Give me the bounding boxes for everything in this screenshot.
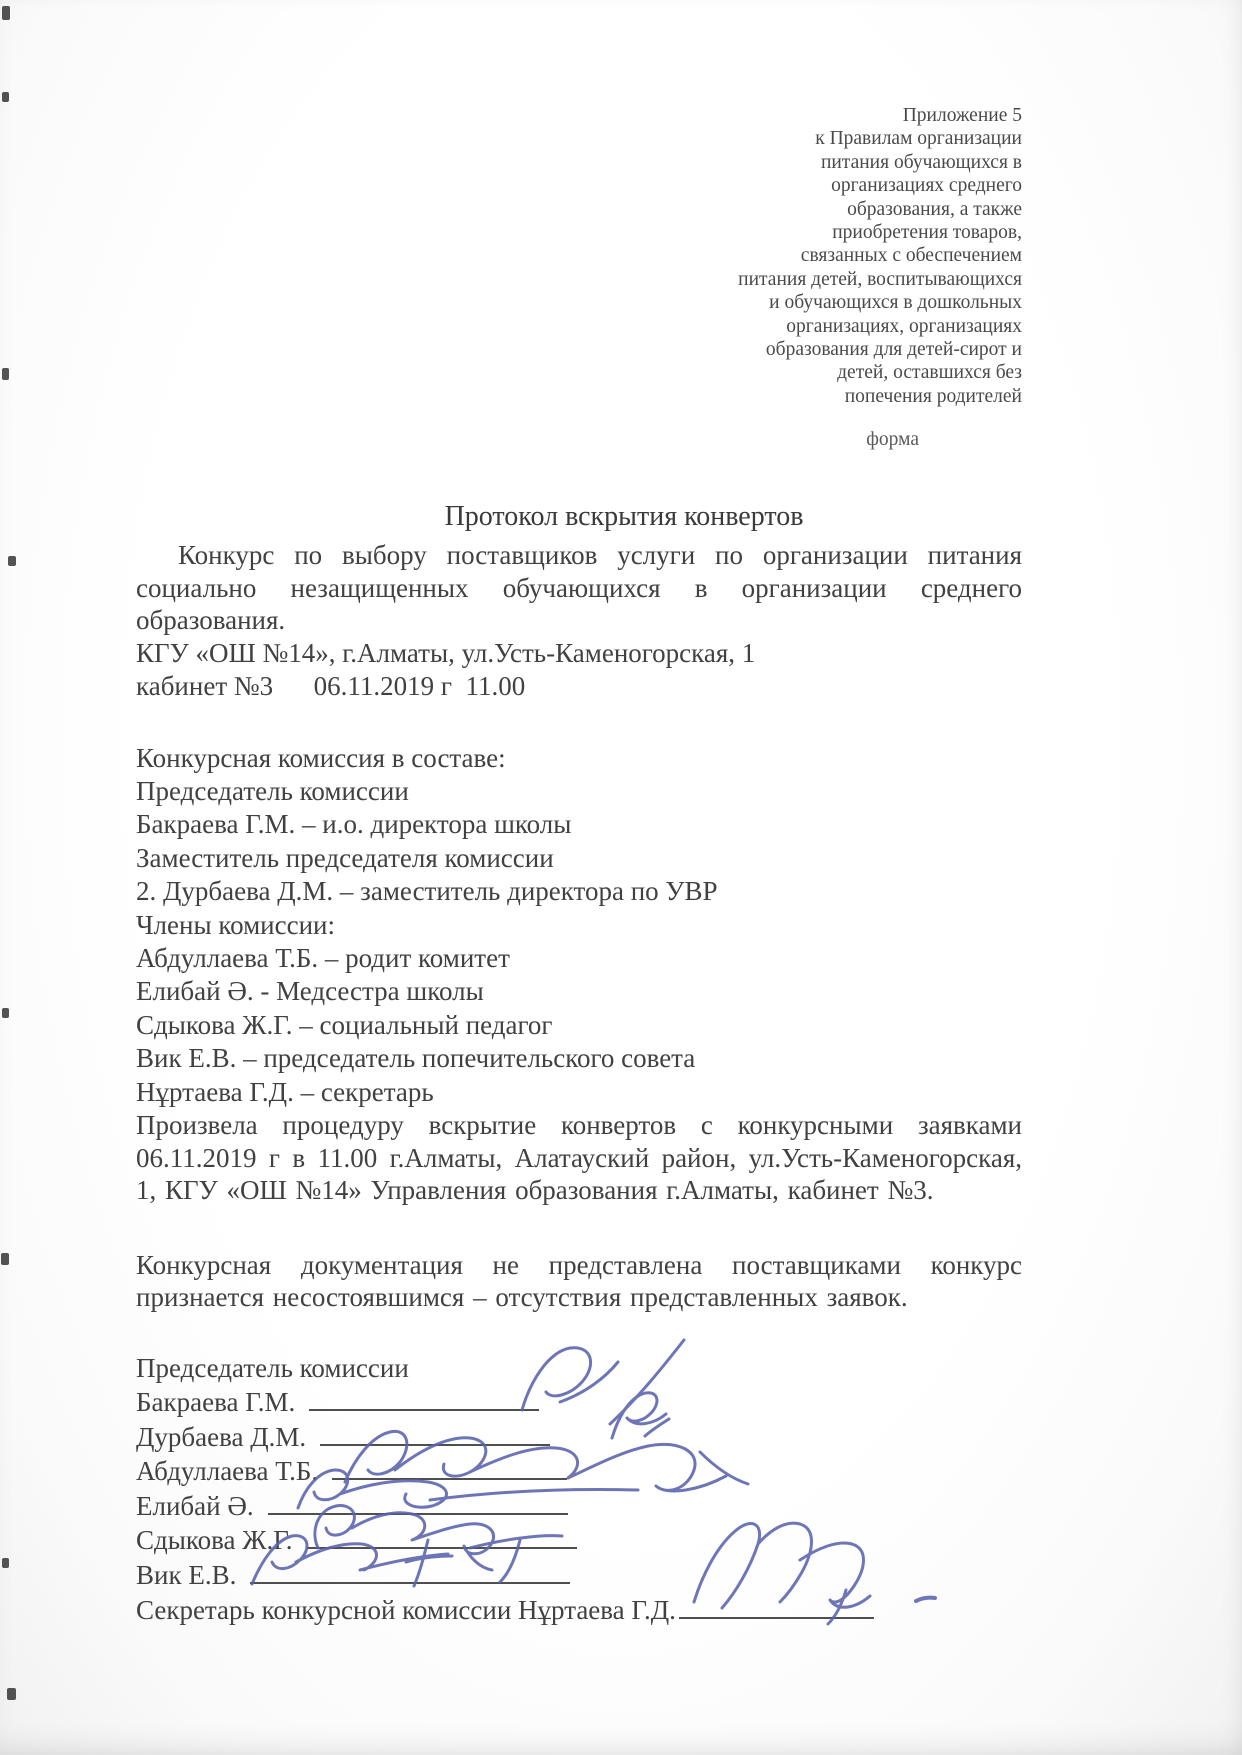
commission-line: 2. Дурбаева Д.М. – заместитель директора…: [136, 875, 1022, 908]
commission-line: Вик Е.В. – председатель попечительского …: [136, 1042, 1022, 1075]
signature-blank-line: [309, 1407, 539, 1411]
procedure-paragraph: Произвела процедуру вскрытие конвертов с…: [136, 1109, 1022, 1207]
intro-paragraph: Конкурс по выбору поставщиков услуги по …: [136, 539, 1022, 637]
commission-line: Бакраева Г.М. – и.о. директора школы: [136, 808, 1022, 841]
signer-name: Абдуллаева Т.Б.: [136, 1456, 318, 1486]
signature-row-vik: Вик Е.В.: [136, 1558, 1022, 1593]
signature-blank-line: [250, 1580, 570, 1584]
document-content: Приложение 5 к Правилам организации пита…: [136, 0, 1022, 1627]
scan-artifact: [2, 6, 10, 20]
signer-name: Вик Е.В.: [136, 1560, 236, 1590]
scanned-document: { "appendix": { "lines": [ "Приложение 5…: [0, 0, 1242, 1755]
signature-row-secretary: Секретарь конкурсной комиссии Нұртаева Г…: [136, 1593, 1022, 1628]
appendix-line: образования для детей-сирот и: [136, 338, 1022, 361]
appendix-line: питания обучающихся в: [136, 151, 1022, 174]
secretary-line-text: Секретарь конкурсной комиссии Нұртаева Г…: [136, 1595, 676, 1625]
signer-name: Сдыкова Ж.Г.: [136, 1525, 293, 1555]
scan-artifact: [7, 1688, 16, 1700]
commission-line: Елибай Ә. - Медсестра школы: [136, 975, 1022, 1008]
scan-artifact: [1, 1253, 9, 1265]
scan-artifact: [2, 1008, 9, 1018]
document-page: Приложение 5 к Правилам организации пита…: [0, 0, 1242, 1755]
commission-heading: Конкурсная комиссия в составе:: [136, 742, 1022, 775]
appendix-line: попечения родителей: [136, 385, 1022, 408]
signature-blank-line: [268, 1511, 568, 1515]
scan-artifact: [2, 1558, 9, 1568]
appendix-line: питания детей, воспитывающихся: [136, 268, 1022, 291]
signature-row-elibay: Елибай Ә.: [136, 1489, 1022, 1524]
appendix-block: Приложение 5 к Правилам организации пита…: [136, 104, 1022, 408]
signature-blank-line: [679, 1615, 874, 1619]
appendix-line: организациях среднего: [136, 174, 1022, 197]
appendix-line: Приложение 5: [136, 104, 1022, 127]
signer-name: Дурбаева Д.М.: [136, 1422, 306, 1452]
commission-line: Заместитель председателя комиссии: [136, 842, 1022, 875]
scan-artifact: [2, 92, 9, 102]
signature-blank-line: [332, 1476, 567, 1480]
signature-blank-line: [320, 1442, 550, 1446]
appendix-line: образования, а также: [136, 198, 1022, 221]
signature-row-bakraeva: Бакраева Г.М.: [136, 1385, 1022, 1420]
signature-row-abdullaeva: Абдуллаева Т.Б.: [136, 1454, 1022, 1489]
scan-artifact: [8, 556, 16, 566]
signer-name: Бакраева Г.М.: [136, 1387, 295, 1417]
commission-line: Председатель комиссии: [136, 775, 1022, 808]
scan-artifact: [2, 368, 9, 380]
appendix-line: связанных с обеспечением: [136, 244, 1022, 267]
commission-line: Абдуллаева Т.Б. – родит комитет: [136, 942, 1022, 975]
organization-line: КГУ «ОШ №14», г.Алматы, ул.Усть-Каменого…: [136, 637, 1022, 670]
appendix-line: и обучающихся в дошкольных: [136, 291, 1022, 314]
result-paragraph: Конкурсная документация не представлена …: [136, 1249, 1022, 1314]
appendix-line: к Правилам организации: [136, 127, 1022, 150]
commission-line: Сдыкова Ж.Г. – социальный педагог: [136, 1009, 1022, 1042]
room-date-line: кабинет №3 06.11.2019 г 11.00: [136, 670, 1022, 703]
form-label: форма: [136, 428, 1022, 452]
signature-blank-line: [307, 1545, 577, 1549]
appendix-line: детей, оставшихся без: [136, 361, 1022, 384]
signer-name: Елибай Ә.: [136, 1491, 254, 1521]
commission-line: Члены комиссии:: [136, 909, 1022, 942]
signature-row-sdykova: Сдыкова Ж.Г.: [136, 1523, 1022, 1558]
appendix-line: организациях, организациях: [136, 315, 1022, 338]
signature-row-durbaeva: Дурбаева Д.М.: [136, 1420, 1022, 1455]
commission-line: Нұртаева Г.Д. – секретарь: [136, 1076, 1022, 1109]
document-title: Протокол вскрытия конвертов: [181, 500, 1067, 533]
appendix-line: приобретения товаров,: [136, 221, 1022, 244]
signatures-heading: Председатель комиссии: [136, 1352, 1022, 1385]
